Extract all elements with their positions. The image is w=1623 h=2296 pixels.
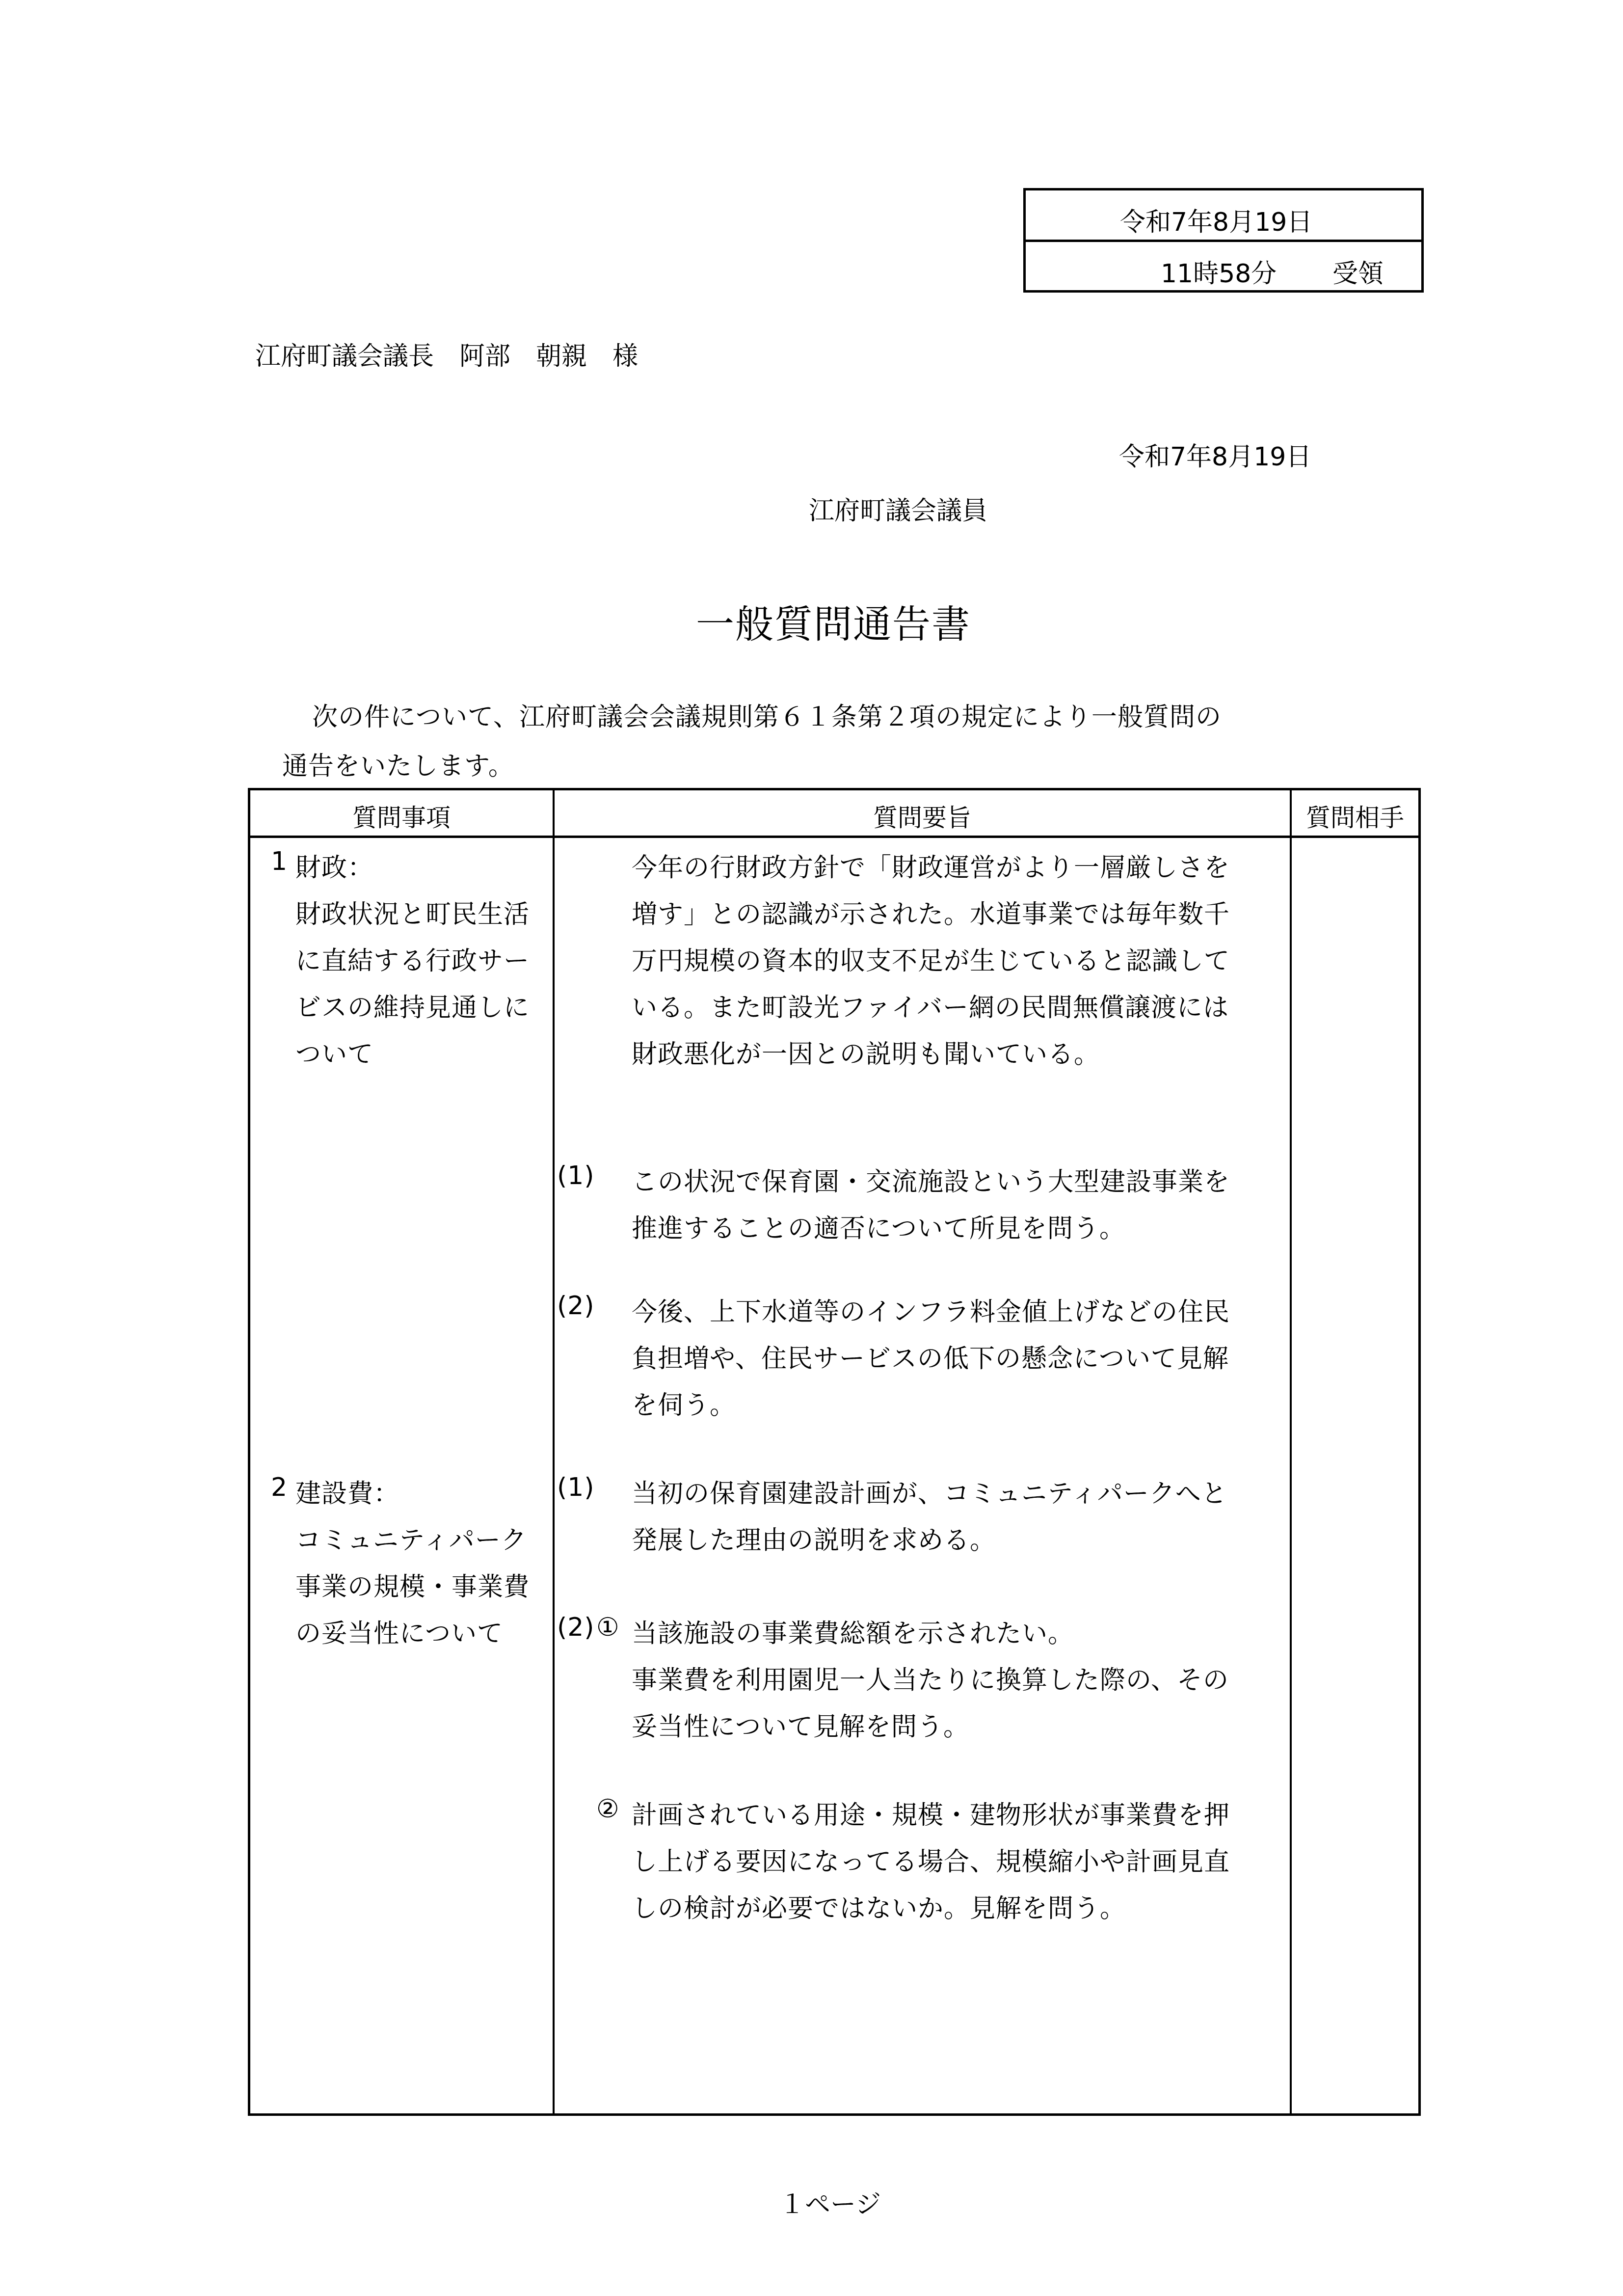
item-2-question-2-sub-1-line: 事業費を利用園児一人当たりに換算した際の、その [632,1659,1229,1696]
document-date: 令和7年8月19日 [1119,444,1311,470]
item-1-question-2-line: を伺う。 [632,1384,736,1421]
item-1-preamble-line: 万円規模の資本的収支不足が生じていると認識して [632,940,1230,977]
item-1-question-2-label: (2) [557,1291,595,1321]
item-1-question-1-line: この状況で保育園・交流施設という大型建設事業を [632,1161,1230,1198]
receipt-date-row: 令和7年8月19日 [1026,190,1421,242]
item-2-question-2-label: (2) [557,1613,595,1642]
page-number: １ページ [779,2192,881,2217]
header-summary: 質問要旨 [555,798,1290,834]
table-header: 質問事項 質問要旨 質問相手 [250,790,1418,838]
item-1-question-1-label: (1) [557,1161,595,1190]
item-1-preamble-line: 財政悪化が一因との説明も聞いている。 [632,1033,1100,1070]
page-title: 一般質問通告書 [696,594,971,649]
item-2-subject-title: 建設費： [295,1473,399,1510]
item-2-question-2-sub-1-line: 当該施設の事業費総額を示されたい。 [632,1613,1074,1649]
item-1-subject-line: ビスの維持見通しに [295,987,530,1024]
item-2-subject-line: コミュニティパーク [295,1519,527,1556]
item-2-question-1-line: 当初の保育園建設計画が、コミュニティパークへと [632,1473,1227,1510]
question-table: 質問事項 質問要旨 質問相手 1 財政： 財政状況と町民生活 に直結する行政サー… [248,788,1421,2116]
item-2-question-2-sub-2-line: し上げる要因になってる場合、規模縮小や計画見直 [632,1841,1230,1878]
intro-line-1: 次の件について、江府町議会会議規則第６１条第２項の規定により一般質問の [312,704,1222,730]
item-1-preamble-line: いる。また町設光ファイバー網の民間無償譲渡には [632,987,1229,1024]
item-1-question-2-line: 負担増や、住民サービスの低下の懸念について見解 [632,1338,1229,1375]
sender: 江府町議会議員 [809,498,987,524]
item-1-question-1-line: 推進することの適否について所見を問う。 [632,1208,1125,1244]
column-divider-1 [553,790,555,2113]
item-1-subject-line: ついて [295,1033,373,1070]
item-1-subject-line: 財政状況と町民生活 [295,893,530,930]
item-2-question-2-sub-2-label: ② [596,1794,620,1824]
column-divider-2 [1290,790,1292,2113]
item-2-subject-line: 事業の規模・事業費 [295,1566,530,1603]
receipt-date: 令和7年8月19日 [1120,201,1312,238]
intro-line-2: 通告をいたします。 [282,754,514,779]
receipt-status: 受領 [1332,253,1384,290]
item-2-question-2-sub-1-line: 妥当性について見解を問う。 [632,1706,969,1743]
item-2-question-2-sub-1-label: ① [596,1613,620,1642]
item-2-question-2-sub-2-line: 計画されている用途・規模・建物形状が事業費を押 [632,1794,1230,1831]
item-2-subject-line: の妥当性について [295,1613,503,1649]
item-2-question-1-line: 発展した理由の説明を求める。 [632,1519,996,1556]
receipt-time-row: 11時58分 受領 [1026,242,1421,291]
item-2-question-2-sub-2-line: しの検討が必要ではないか。見解を問う。 [632,1888,1126,1924]
item-1-number: 1 [271,847,288,876]
receipt-time: 11時58分 [1161,253,1277,290]
item-2-number: 2 [271,1473,288,1502]
item-1-preamble-line: 増す」との認識が示された。水道事業では毎年数千 [632,893,1230,930]
header-subject: 質問事項 [250,798,553,834]
item-1-question-2-line: 今後、上下水道等のインフラ料金値上げなどの住民 [632,1291,1230,1328]
item-1-preamble-line: 今年の行財政方針で「財政運営がより一層厳しさを [632,847,1230,884]
item-1-subject-line: に直結する行政サー [295,940,530,977]
receipt-stamp-box: 令和7年8月19日 11時58分 受領 [1023,188,1424,293]
addressee: 江府町議会議長 阿部 朝親 様 [255,344,638,369]
header-respondent: 質問相手 [1292,798,1418,834]
item-2-question-1-label: (1) [557,1473,595,1502]
item-1-subject-title: 財政： [295,847,373,884]
